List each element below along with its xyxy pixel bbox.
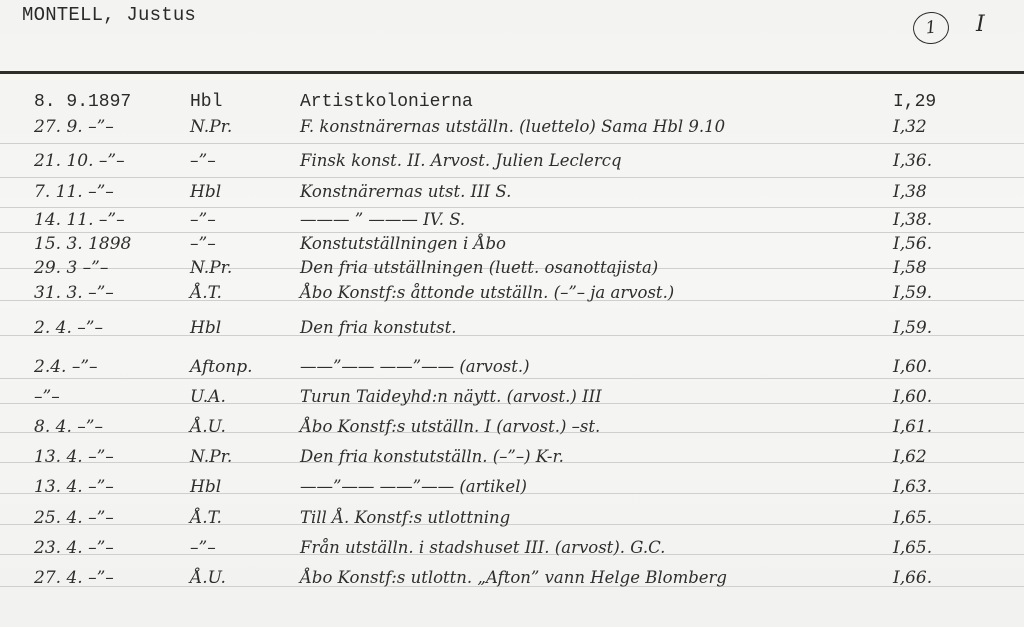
entry-date: 25. 4. –”–	[34, 508, 184, 528]
entry-title: Den fria utställningen (luett. osanottaj…	[300, 258, 870, 277]
entry-source: –”–	[190, 234, 280, 254]
entry-source: Hbl	[190, 182, 280, 202]
entry-row: 7. 11. –”–HblKonstnärernas utst. III S.I…	[0, 182, 1024, 206]
entry-row: 15. 3. 1898–”–Konstutställningen i ÅboI,…	[0, 234, 1024, 258]
entry-date: 15. 3. 1898	[34, 234, 184, 254]
index-card: MONTELL, Justus 1 I 8. 9.1897HblArtistko…	[0, 0, 1024, 627]
entry-source: Å.U.	[190, 568, 280, 588]
entry-reference: I,63.	[893, 477, 973, 497]
entry-source: –”–	[190, 210, 280, 230]
entry-date: 13. 4. –”–	[34, 447, 184, 467]
entry-title: Den fria konstutställn. (–”–) K-r.	[300, 447, 870, 466]
entry-title: Finsk konst. II. Arvost. Julien Leclercq	[300, 151, 870, 170]
ruled-line	[0, 143, 1024, 144]
entry-reference: I,65.	[893, 508, 973, 528]
entry-source: N.Pr.	[190, 258, 280, 278]
entry-source: N.Pr.	[190, 117, 280, 137]
entry-reference: I,38	[893, 182, 973, 202]
entry-source: Aftonp.	[190, 357, 280, 377]
entry-row: 31. 3. –”–Å.T.Åbo Konstf:s åttonde utstä…	[0, 283, 1024, 307]
entry-date: 2. 4. –”–	[34, 318, 184, 338]
entry-date: 14. 11. –”–	[34, 210, 184, 230]
entry-row: 14. 11. –”––”–——— ” ——— IV. S.I,38.	[0, 210, 1024, 234]
entry-title: ——”—— ——”—— (artikel)	[300, 477, 870, 496]
entry-reference: I,62	[893, 447, 973, 467]
entry-source: –”–	[190, 538, 280, 558]
entry-date: 2.4. –”–	[34, 357, 184, 377]
entry-source: Å.T.	[190, 508, 280, 528]
entry-title: Åbo Konstf:s utlottn. „Afton” vann Helge…	[300, 568, 870, 587]
entry-reference: I,56.	[893, 234, 973, 254]
entry-title: ——”—— ——”—— (arvost.)	[300, 357, 870, 376]
entry-date: –”–	[34, 387, 184, 407]
entry-row: 23. 4. –”––”–Från utställn. i stadshuset…	[0, 538, 1024, 562]
entry-reference: I,66.	[893, 568, 973, 588]
entry-row: 8. 9.1897HblArtistkoloniernaI,29	[0, 92, 1024, 116]
entry-date: 31. 3. –”–	[34, 283, 184, 303]
entry-reference: I,29	[893, 92, 973, 112]
entry-row: 8. 4. –”–Å.U.Åbo Konstf:s utställn. I (a…	[0, 417, 1024, 441]
entry-source: –”–	[190, 151, 280, 171]
entry-date: 23. 4. –”–	[34, 538, 184, 558]
entry-row: 13. 4. –”–Hbl——”—— ——”—— (artikel)I,63.	[0, 477, 1024, 501]
entry-row: 27. 4. –”–Å.U.Åbo Konstf:s utlottn. „Aft…	[0, 568, 1024, 592]
entry-date: 21. 10. –”–	[34, 151, 184, 171]
entry-row: 2.4. –”–Aftonp.——”—— ——”—— (arvost.)I,60…	[0, 357, 1024, 381]
entry-reference: I,38.	[893, 210, 973, 230]
ruled-line	[0, 177, 1024, 178]
header-divider	[0, 71, 1024, 74]
entry-title: Konstutställningen i Åbo	[300, 234, 870, 253]
entry-title: Artistkolonierna	[300, 92, 870, 112]
entry-date: 27. 4. –”–	[34, 568, 184, 588]
entry-title: Åbo Konstf:s utställn. I (arvost.) –st.	[300, 417, 870, 436]
entry-row: 2. 4. –”–HblDen fria konstutst.I,59.	[0, 318, 1024, 342]
entry-reference: I,65.	[893, 538, 973, 558]
entry-row: 13. 4. –”–N.Pr.Den fria konstutställn. (…	[0, 447, 1024, 471]
entry-date: 13. 4. –”–	[34, 477, 184, 497]
entry-reference: I,36.	[893, 151, 973, 171]
entry-row: 29. 3 –”–N.Pr.Den fria utställningen (lu…	[0, 258, 1024, 282]
ruled-line	[0, 207, 1024, 208]
entry-source: Å.T.	[190, 283, 280, 303]
entry-row: 27. 9. –”–N.Pr.F. konstnärernas utställn…	[0, 117, 1024, 141]
entry-reference: I,59.	[893, 318, 973, 338]
entry-date: 29. 3 –”–	[34, 258, 184, 278]
volume-mark: I	[976, 12, 985, 37]
entry-title: ——— ” ——— IV. S.	[300, 210, 870, 229]
entry-title: F. konstnärernas utställn. (luettelo) Sa…	[300, 117, 870, 136]
entry-title: Konstnärernas utst. III S.	[300, 182, 870, 201]
card-number-circle: 1	[911, 10, 950, 46]
entry-reference: I,60.	[893, 357, 973, 377]
entry-row: 25. 4. –”–Å.T.Till Å. Konstf:s utlottnin…	[0, 508, 1024, 532]
entry-reference: I,59.	[893, 283, 973, 303]
entry-reference: I,61.	[893, 417, 973, 437]
entry-source: Hbl	[190, 318, 280, 338]
entry-reference: I,32	[893, 117, 973, 137]
entry-row: –”–U.A.Turun Taideyhd:n näytt. (arvost.)…	[0, 387, 1024, 411]
entry-date: 7. 11. –”–	[34, 182, 184, 202]
entry-source: Å.U.	[190, 417, 280, 437]
entry-title: Från utställn. i stadshuset III. (arvost…	[300, 538, 870, 557]
entry-source: N.Pr.	[190, 447, 280, 467]
entry-source: Hbl	[190, 92, 280, 112]
entry-title: Åbo Konstf:s åttonde utställn. (–”– ja a…	[300, 283, 870, 302]
entry-date: 8. 4. –”–	[34, 417, 184, 437]
entry-title: Turun Taideyhd:n näytt. (arvost.) III	[300, 387, 870, 406]
entry-reference: I,60.	[893, 387, 973, 407]
entry-date: 27. 9. –”–	[34, 117, 184, 137]
entry-reference: I,58	[893, 258, 973, 278]
entry-title: Den fria konstutst.	[300, 318, 870, 337]
entry-source: U.A.	[190, 387, 280, 407]
person-name: MONTELL, Justus	[22, 4, 196, 26]
entry-date: 8. 9.1897	[34, 92, 184, 112]
entry-row: 21. 10. –”––”–Finsk konst. II. Arvost. J…	[0, 151, 1024, 175]
entry-source: Hbl	[190, 477, 280, 497]
entry-title: Till Å. Konstf:s utlottning	[300, 508, 870, 527]
